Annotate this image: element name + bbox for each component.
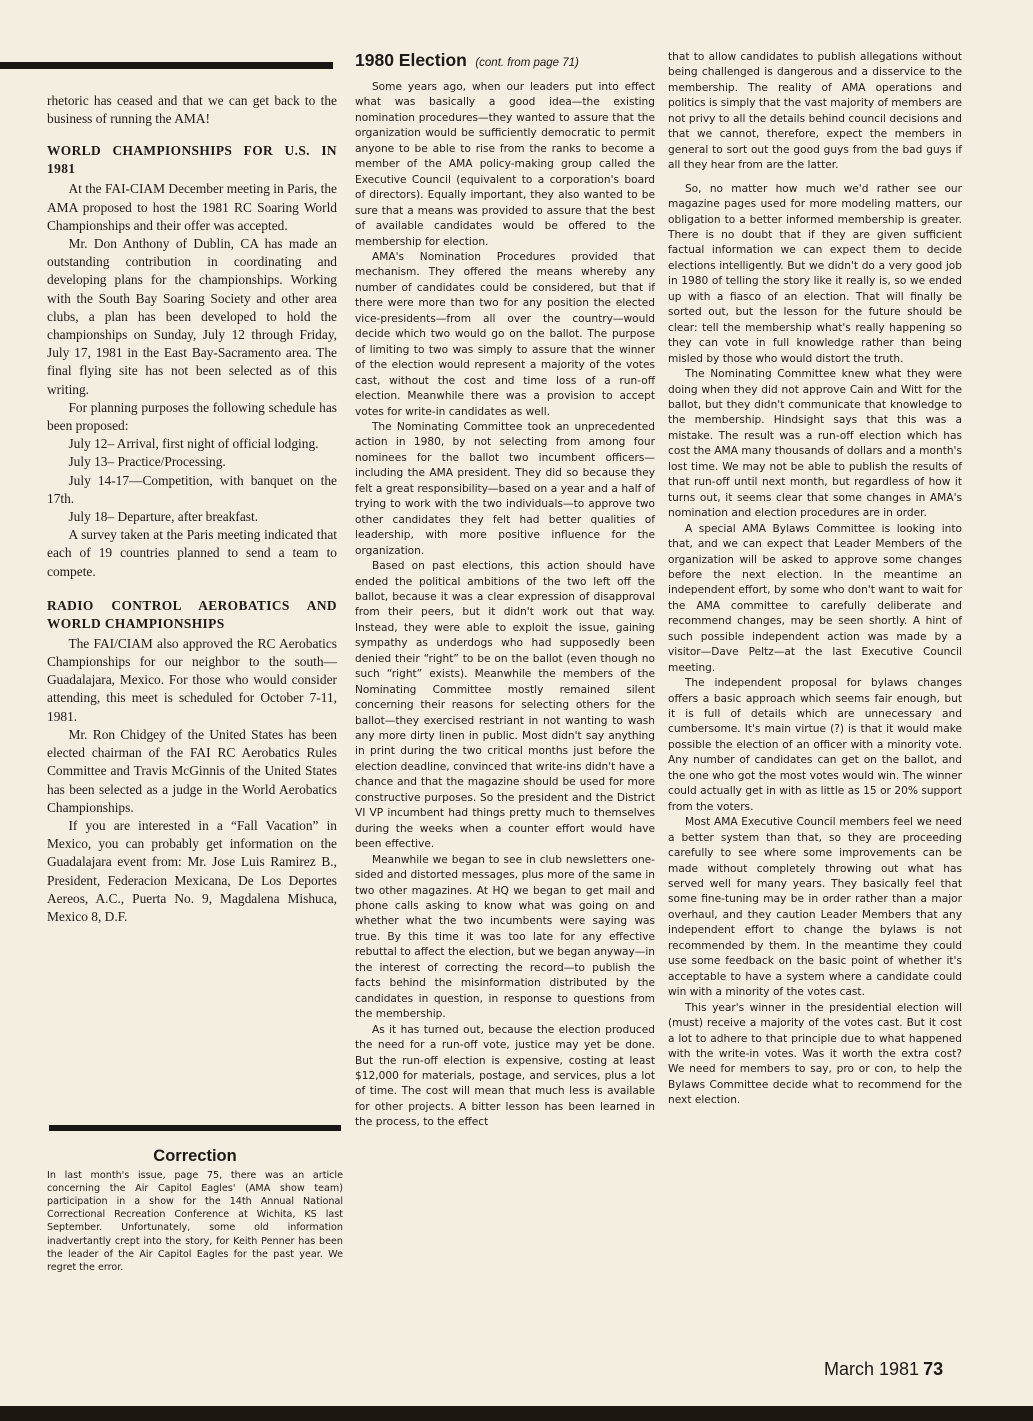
top-left-rule [0,62,333,69]
issue-date: March 1981 [824,1359,919,1379]
paragraph: The FAI/CIAM also approved the RC Aeroba… [47,635,337,726]
article-title: 1980 Election (cont. from page 71) [355,50,579,71]
section-heading-world-championships: WORLD CHAMPIONSHIPS FOR U.S. IN 1981 [47,142,337,178]
schedule-item: July 14-17—Competition, with banquet on … [47,472,337,508]
correction-box: Correction In last month's issue, page 7… [47,1150,343,1274]
paragraph: As it has turned out, because the electi… [355,1023,655,1131]
correction-body: In last month's issue, page 75, there wa… [47,1169,343,1274]
paragraph: Mr. Ron Chidgey of the United States has… [47,726,337,817]
continued-note: (cont. from page 71) [475,57,579,69]
page-bottom-edge [0,1406,1033,1421]
schedule-item: July 18– Departure, after breakfast. [47,508,337,526]
paragraph: If you are interested in a “Fall Vacatio… [47,817,337,926]
page-footer: March 198173 [824,1359,943,1380]
correction-title: Correction [47,1150,343,1163]
page-number: 73 [923,1359,943,1379]
paragraph: The independent proposal for bylaws chan… [668,676,962,815]
paragraph: For planning purposes the following sche… [47,399,337,435]
schedule-item: July 13– Practice/Processing. [47,453,337,471]
left-column: rhetoric has ceased and that we can get … [47,92,337,926]
paragraph: Meanwhile we began to see in club newsle… [355,853,655,1023]
section-heading-rc-aerobatics: RADIO CONTROL AEROBATICS AND WORLD CHAMP… [47,597,337,633]
paragraph: A special AMA Bylaws Committee is lookin… [668,522,962,677]
right-column: that to allow candidates to publish alle… [668,50,962,1109]
paragraph: Most AMA Executive Council members feel … [668,815,962,1000]
paragraph: The Nominating Committee took an unprece… [355,420,655,559]
schedule-item: July 12– Arrival, first night of officia… [47,435,337,453]
middle-column: Some years ago, when our leaders put int… [355,80,655,1131]
paragraph: So, no matter how much we'd rather see o… [668,182,962,367]
continuation-paragraph: that to allow candidates to publish alle… [668,50,962,174]
paragraph: The Nominating Committee knew what they … [668,367,962,522]
paragraph: At the FAI-CIAM December meeting in Pari… [47,180,337,235]
intro-paragraph: rhetoric has ceased and that we can get … [47,92,337,128]
paragraph: Mr. Don Anthony of Dublin, CA has made a… [47,235,337,399]
paragraph: AMA's Nomination Procedures provided tha… [355,250,655,420]
paragraph: A survey taken at the Paris meeting indi… [47,526,337,581]
article-title-text: 1980 Election [355,50,467,70]
paragraph: Some years ago, when our leaders put int… [355,80,655,250]
correction-rule [49,1125,341,1131]
paragraph: This year's winner in the presidential e… [668,1001,962,1109]
paragraph: Based on past elections, this action sho… [355,559,655,853]
